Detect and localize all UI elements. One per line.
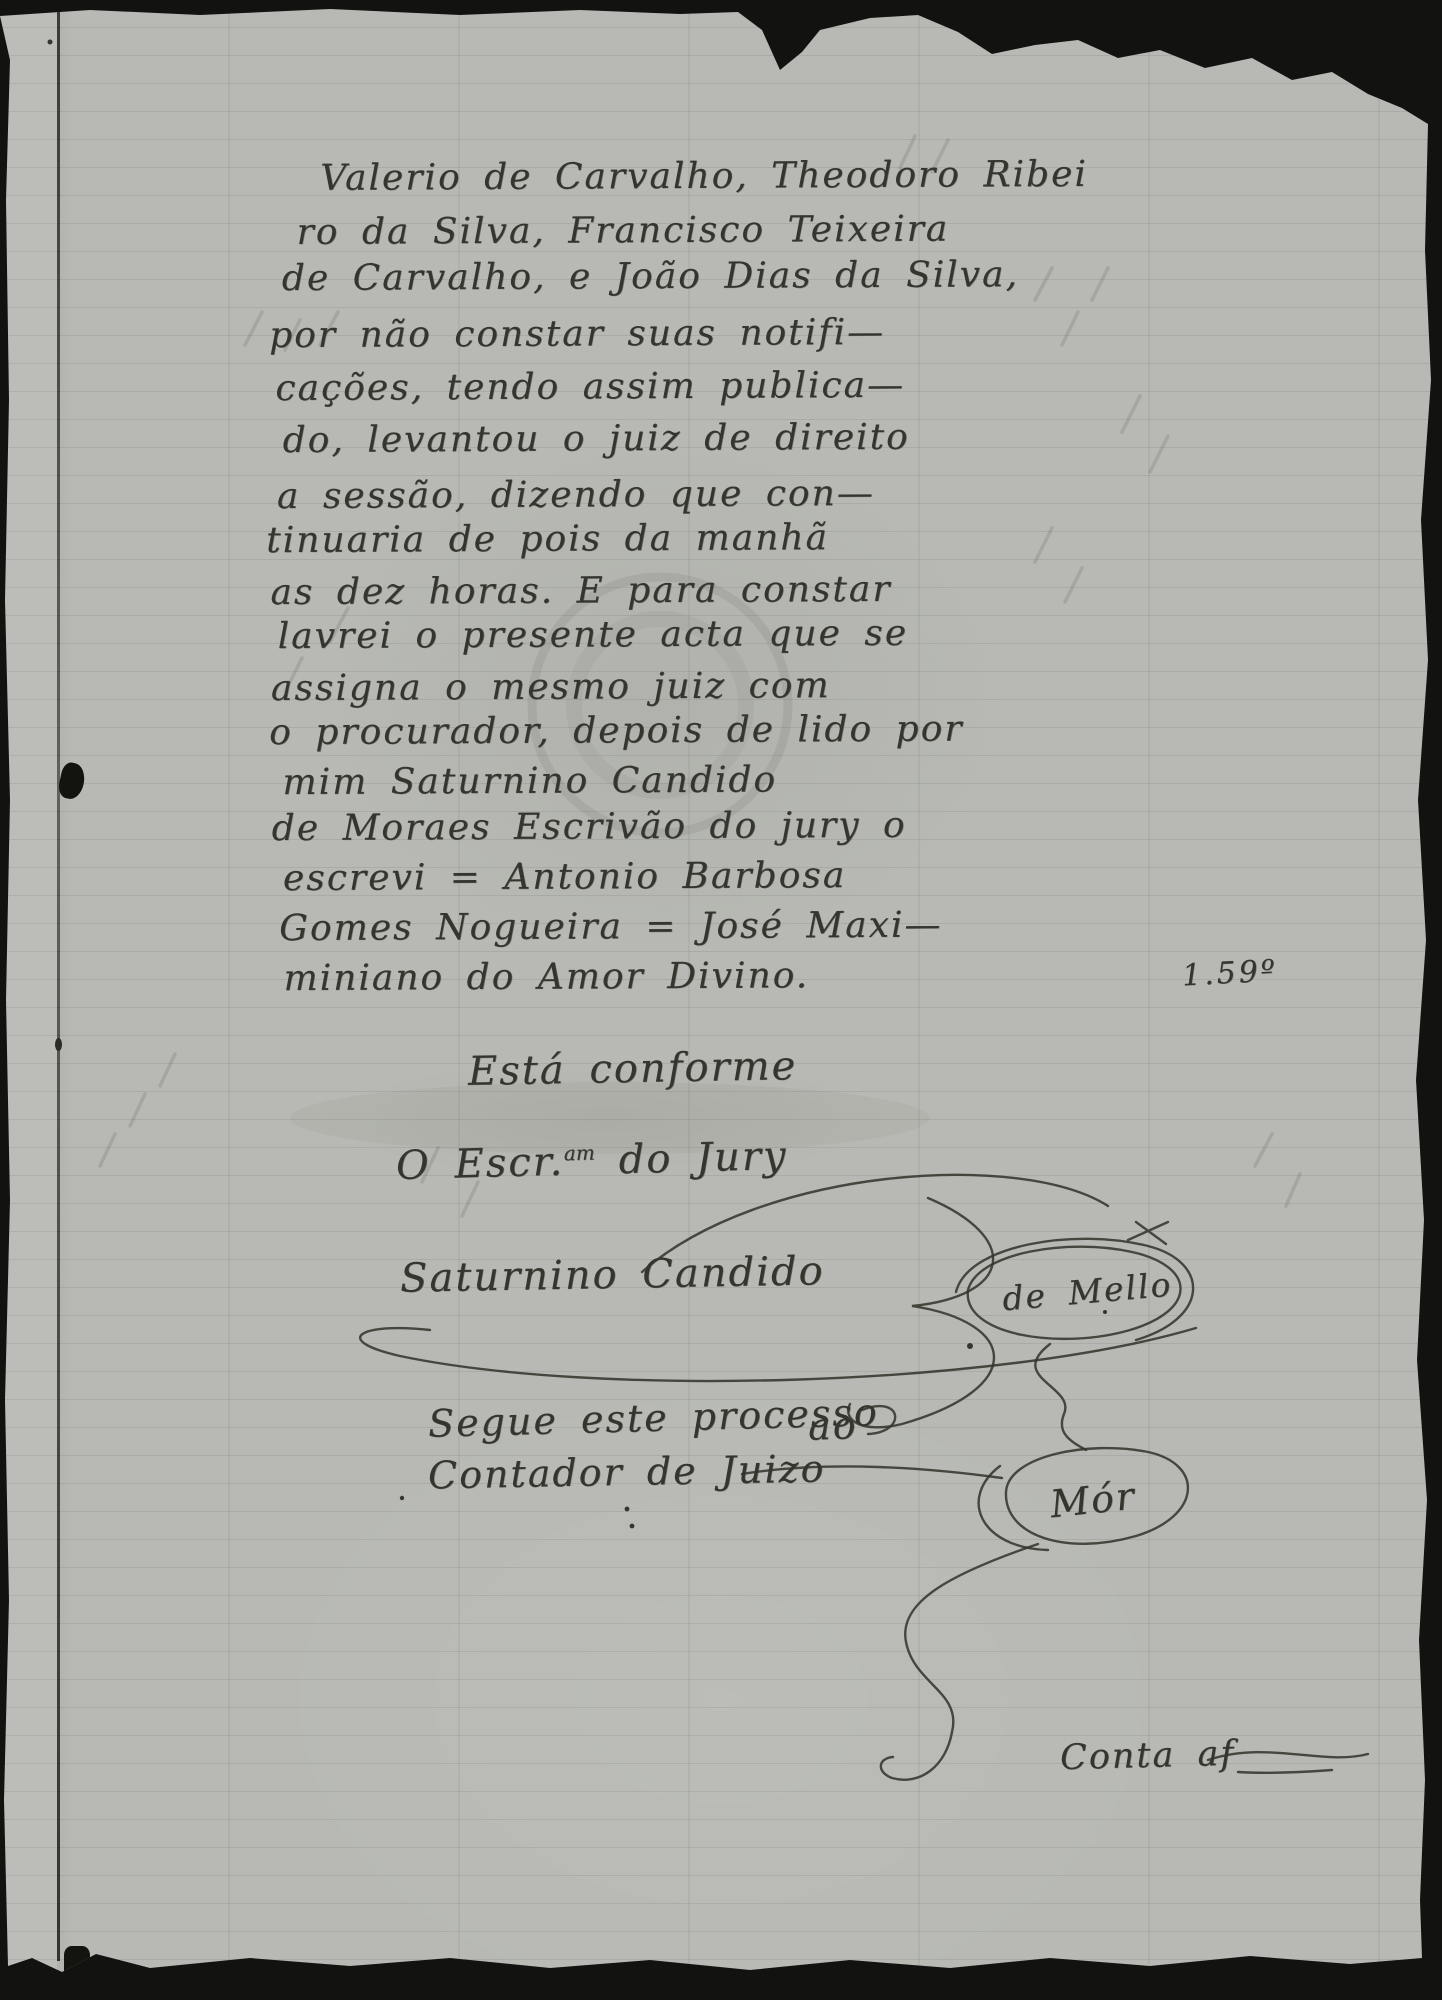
manuscript-line: por não constar suas notifi— <box>269 312 885 356</box>
manuscript-line: as dez horas. E para constar <box>270 569 891 613</box>
manuscript-line: de Moraes Escrivão do jury o <box>272 805 907 849</box>
manuscript-line: o procurador, depois de lido por <box>269 709 964 754</box>
manuscript-line: Gomes Nogueira = José Maxi— <box>279 905 942 949</box>
signature-name: Saturnino Candido <box>400 1248 825 1301</box>
scanned-page-background: 42. Valerio de Carvalho, Theodoro Ribei … <box>0 0 1442 2000</box>
conta-note: Conta af <box>1060 1734 1236 1779</box>
manuscript-line: ro da Silva, Francisco Teixeira <box>296 209 949 253</box>
manuscript-line: a sessão, dizendo que con— <box>277 473 875 517</box>
manuscript-line: de Carvalho, e João Dias da Silva, <box>282 254 1019 299</box>
marginal-number: 1.59º <box>1181 954 1279 994</box>
closing-escrivao-prefix: O Escr. <box>395 1139 564 1189</box>
binding-bottom-notch <box>64 1946 90 1976</box>
forwarding-line-1-end: ao <box>807 1403 858 1449</box>
manuscript-line: do, levantou o juiz de direito <box>283 417 910 461</box>
manuscript-line: miniano do Amor Divino. <box>283 955 809 999</box>
closing-escrivao-superscript: am <box>564 1141 596 1166</box>
closing-conforme: Está conforme <box>468 1043 798 1095</box>
manuscript-line: assigna o mesmo juiz com <box>271 665 831 709</box>
manuscript-line: escrevi = Antonio Barbosa <box>283 855 846 899</box>
binding-crease <box>57 9 60 1961</box>
manuscript-text-block: Valerio de Carvalho, Theodoro Ribei ro d… <box>0 0 1442 2000</box>
page-number: 42. <box>1287 18 1395 73</box>
manuscript-line: lavrei o presente acta que se <box>278 613 909 657</box>
closing-escrivao-rest: do Jury <box>594 1133 788 1184</box>
forwarding-line-2: Contador de Juizo <box>428 1447 826 1498</box>
manuscript-line: cações, tendo assim publica— <box>275 365 905 409</box>
forwarding-rubric: Mór <box>1048 1474 1138 1527</box>
manuscript-line: Valerio de Carvalho, Theodoro Ribei <box>320 154 1088 199</box>
manuscript-line: mim Saturnino Candido <box>282 760 777 804</box>
manuscript-paper: 42. Valerio de Carvalho, Theodoro Ribei … <box>0 0 1442 2000</box>
manuscript-line: tinuaria de pois da manhã <box>266 517 829 561</box>
binding-small-mark <box>55 1038 62 1051</box>
